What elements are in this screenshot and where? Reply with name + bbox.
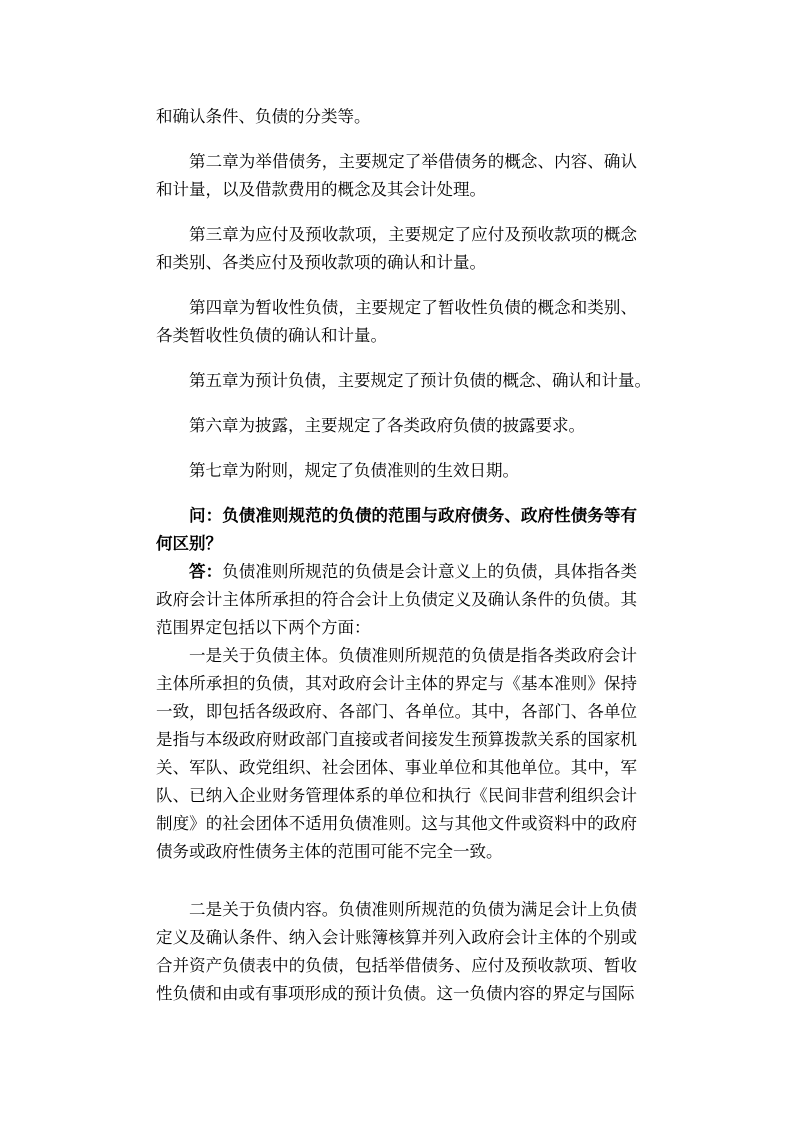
text-line: 性负债和由或有事项形成的预计负债。这一负债内容的界定与国际 <box>156 980 637 1008</box>
text-line: 和类别、各类应付及预收款项的确认和计量。 <box>156 249 637 277</box>
text-line: 是指与本级政府财政部门直接或者间接发生预算拨款关系的国家机 <box>156 726 637 754</box>
paragraph-chapter-5: 第五章为预计负债，主要规定了预计负债的概念、确认和计量。 <box>156 367 637 395</box>
paragraph-chapter-3: 第三章为应付及预收款项，主要规定了应付及预收款项的概念和类别、各类应付及预收款项… <box>156 221 637 277</box>
text-line: 各类暂收性负债的确认和计量。 <box>156 322 637 350</box>
text-line: 第六章为披露，主要规定了各类政府负债的披露要求。 <box>156 412 637 440</box>
text-line: 第四章为暂收性负债，主要规定了暂收性负债的概念和类别、 <box>156 294 637 322</box>
text-line: 债务或政府性债务主体的范围可能不完全一致。 <box>156 838 637 866</box>
paragraph-continuation: 和确认条件、负债的分类等。 <box>156 103 637 131</box>
text-line: 二是关于负债内容。负债准则所规范的负债为满足会计上负债 <box>156 896 637 924</box>
text-line: 关、军队、政党组织、社会团体、事业单位和其他单位。其中，军 <box>156 754 637 782</box>
text-line: 范围界定包括以下两个方面： <box>156 614 637 642</box>
text-line: 政府会计主体所承担的符合会计上负债定义及确认条件的负债。其 <box>156 586 637 614</box>
text-line: 第七章为附则，规定了负债准则的生效日期。 <box>156 457 637 485</box>
text-line: 定义及确认条件、纳入会计账簿核算并列入政府会计主体的个别或 <box>156 924 637 952</box>
text-line: 队、已纳入企业财务管理体系的单位和执行《民间非营利组织会计 <box>156 782 637 810</box>
answer-point-1: 一是关于负债主体。负债准则所规范的负债是指各类政府会计主体所承担的负债，其对政府… <box>156 642 637 866</box>
answer-lead: 答： <box>189 562 222 581</box>
text-line: 第五章为预计负债，主要规定了预计负债的概念、确认和计量。 <box>156 367 637 395</box>
answer-point-2: 二是关于负债内容。负债准则所规范的负债为满足会计上负债定义及确认条件、纳入会计账… <box>156 896 637 1008</box>
paragraph-chapter-4: 第四章为暂收性负债，主要规定了暂收性负债的概念和类别、各类暂收性负债的确认和计量… <box>156 294 637 350</box>
text-line: 和计量，以及借款费用的概念及其会计处理。 <box>156 176 637 204</box>
text-line: 何区别？ <box>156 530 637 558</box>
paragraph-chapter-6: 第六章为披露，主要规定了各类政府负债的披露要求。 <box>156 412 637 440</box>
text-line: 问：负债准则规范的负债的范围与政府债务、政府性债务等有 <box>156 502 637 530</box>
text-line: 合并资产负债表中的负债，包括举借债务、应付及预收款项、暂收 <box>156 952 637 980</box>
text-line: 制度》的社会团体不适用负债准则。这与其他文件或资料中的政府 <box>156 810 637 838</box>
answer-paragraph: 答：负债准则所规范的负债是会计意义上的负债，具体指各类政府会计主体所承担的符合会… <box>156 558 637 642</box>
paragraph-chapter-2: 第二章为举借债务，主要规定了举借债务的概念、内容、确认和计量，以及借款费用的概念… <box>156 148 637 204</box>
text-line: 主体所承担的负债，其对政府会计主体的界定与《基本准则》保持 <box>156 670 637 698</box>
text-line: 和确认条件、负债的分类等。 <box>156 103 637 131</box>
text-line: 答：负债准则所规范的负债是会计意义上的负债，具体指各类 <box>156 558 637 586</box>
text-segment: 负债准则所规范的负债是会计意义上的负债，具体指各类 <box>222 562 637 581</box>
text-line: 一是关于负债主体。负债准则所规范的负债是指各类政府会计 <box>156 642 637 670</box>
text-line: 第二章为举借债务，主要规定了举借债务的概念、内容、确认 <box>156 148 637 176</box>
text-line: 一致，即包括各级政府、各部门、各单位。其中，各部门、各单位 <box>156 698 637 726</box>
text-line: 第三章为应付及预收款项，主要规定了应付及预收款项的概念 <box>156 221 637 249</box>
document-page: 和确认条件、负债的分类等。第二章为举借债务，主要规定了举借债务的概念、内容、确认… <box>0 0 793 1122</box>
question-paragraph: 问：负债准则规范的负债的范围与政府债务、政府性债务等有何区别？ <box>156 502 637 558</box>
paragraph-chapter-7: 第七章为附则，规定了负债准则的生效日期。 <box>156 457 637 485</box>
